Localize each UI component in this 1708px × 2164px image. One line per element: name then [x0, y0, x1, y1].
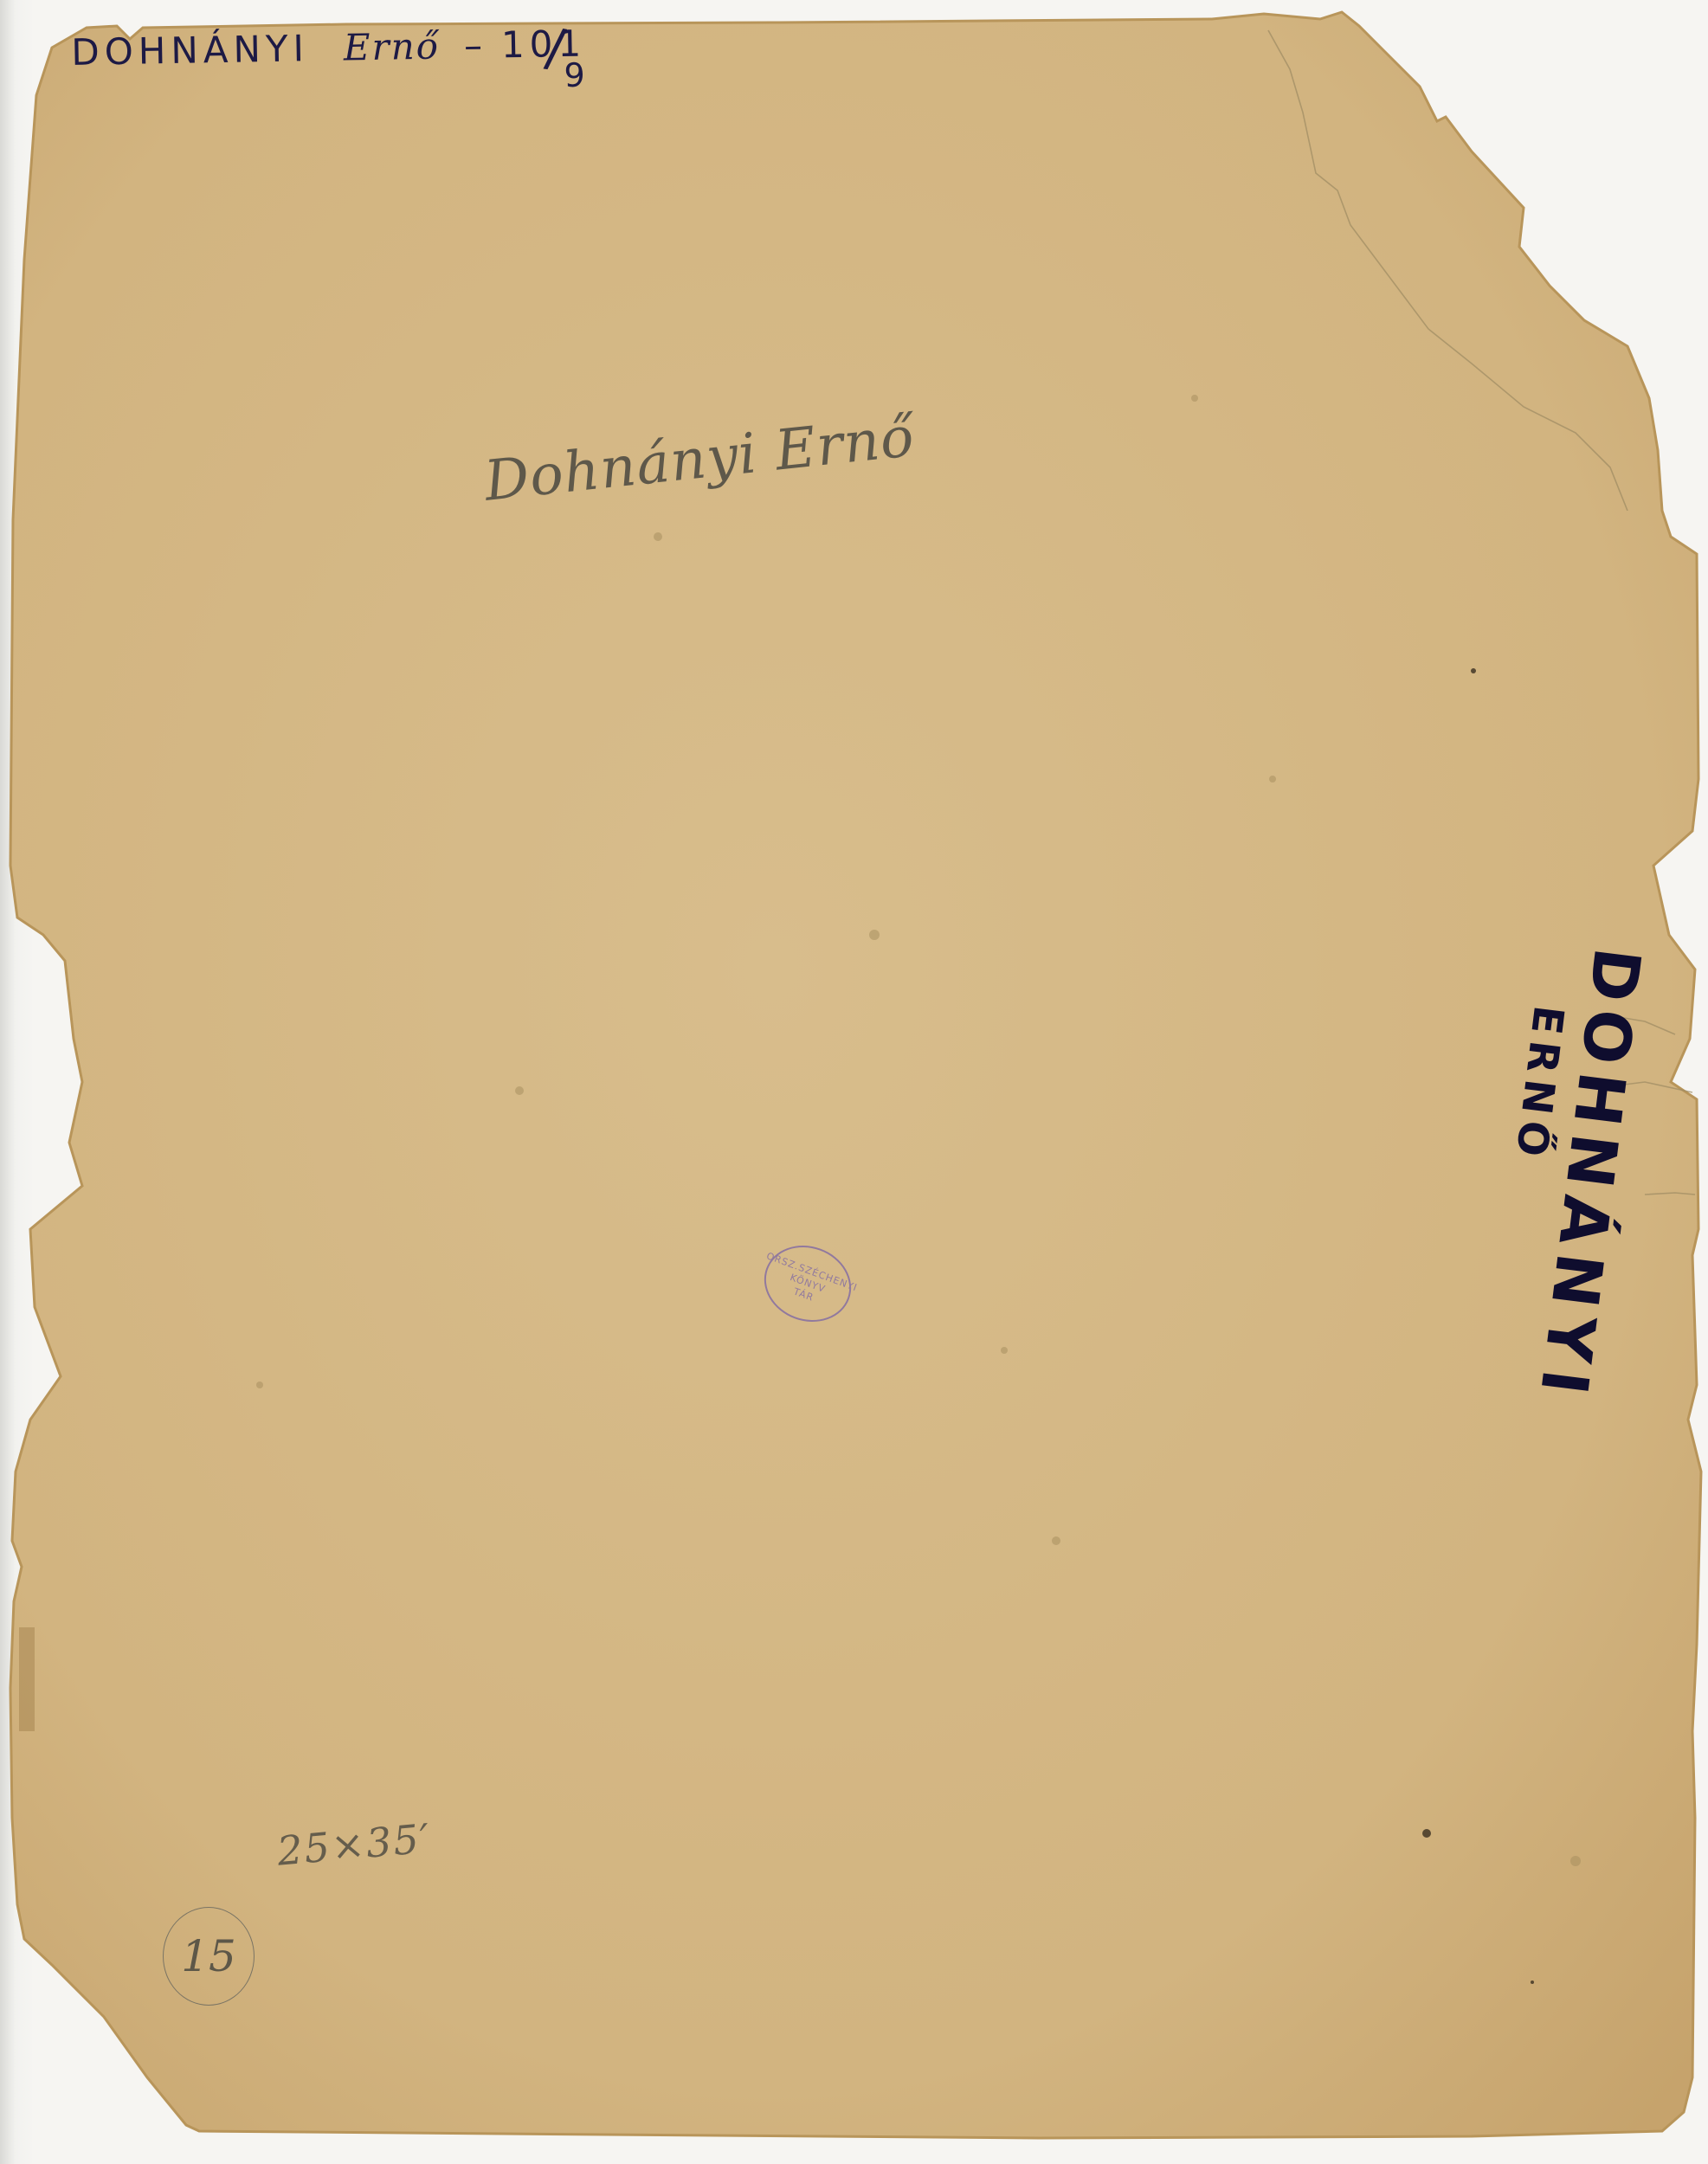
header-catalog-annotation: DOHNÁNYIErnő–101/9	[71, 26, 580, 87]
stain-speck	[654, 532, 662, 541]
ink-speck	[1471, 668, 1476, 673]
paper-outline	[10, 12, 1701, 2138]
header-dash: –	[464, 24, 488, 67]
stain-speck	[256, 1381, 263, 1388]
stain-speck	[1269, 776, 1276, 783]
header-given-name: Ernő	[343, 25, 440, 69]
ink-speck	[1422, 1829, 1431, 1838]
water-stain-left-edge	[19, 1627, 35, 1731]
header-surname: DOHNÁNYI	[71, 27, 309, 74]
stain-speck	[869, 930, 880, 940]
dimensions-note: 25×35′	[275, 1818, 432, 1871]
stain-speck	[1001, 1347, 1008, 1354]
catalog-number-fraction: 101/9	[501, 26, 580, 80]
catalog-sub-number: 9	[564, 59, 590, 93]
stain-speck	[1052, 1536, 1060, 1545]
paper-sheet	[0, 0, 1708, 2164]
ink-speck	[1531, 1980, 1534, 1984]
page-number: 15	[181, 1931, 236, 1981]
stain-speck	[1191, 395, 1198, 402]
stain-speck	[1570, 1856, 1581, 1866]
stain-speck	[515, 1086, 524, 1095]
page-number-circle: 15	[163, 1907, 255, 2006]
